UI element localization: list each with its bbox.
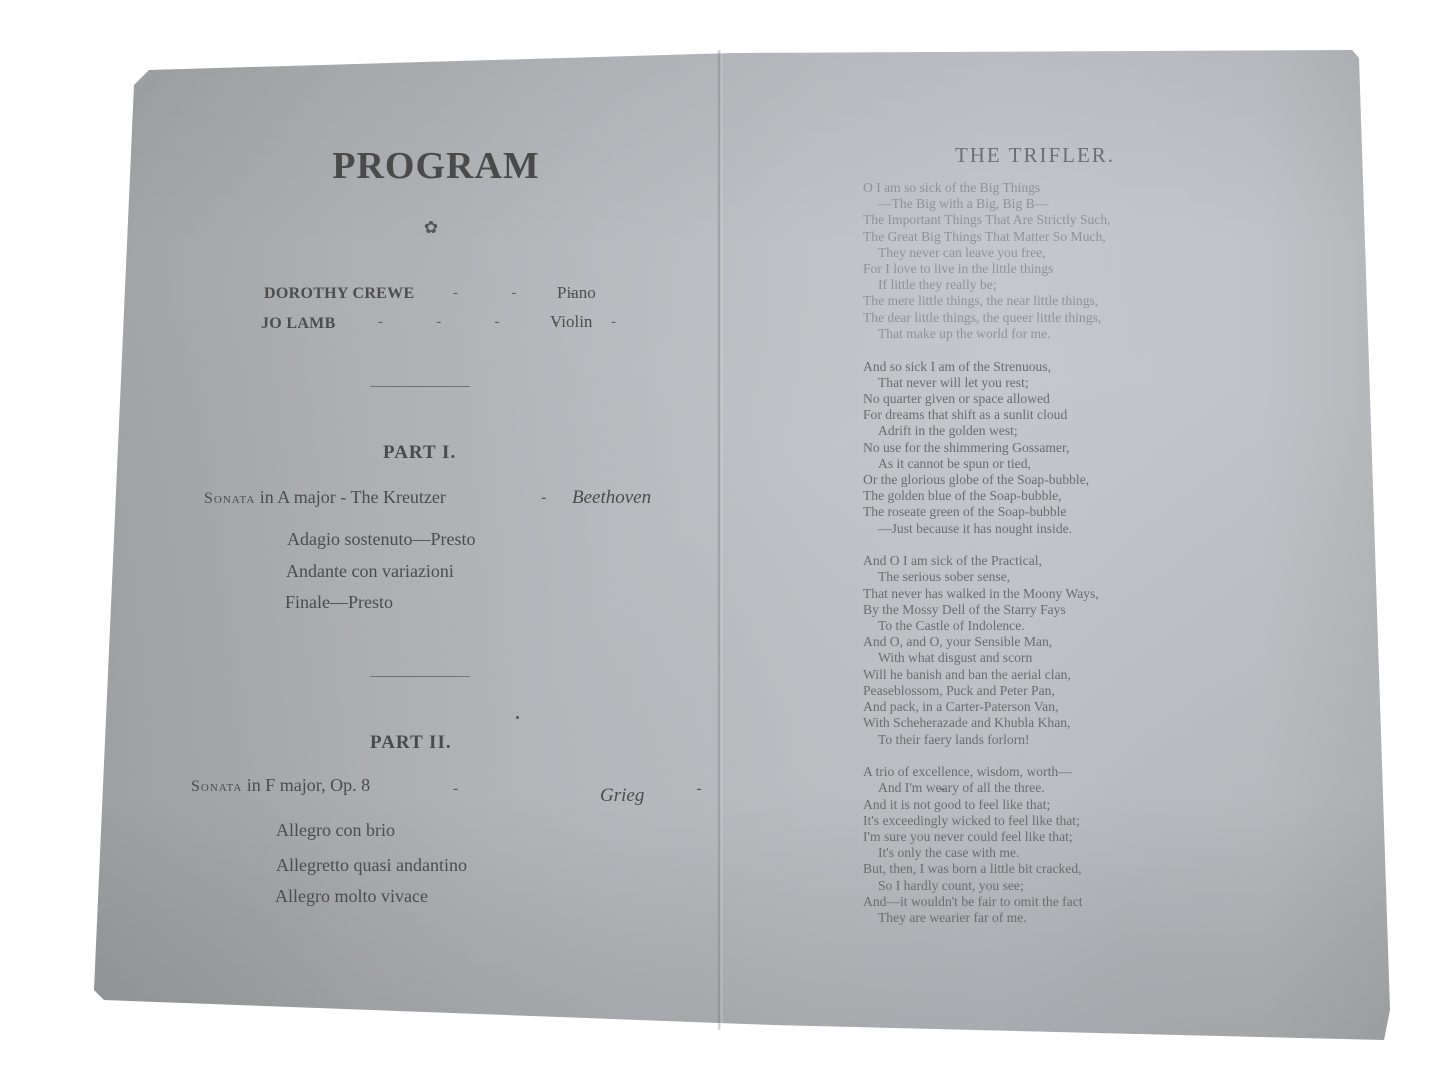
part-one-title: PART I.	[383, 442, 456, 464]
poem-line: And I'm weary of all the three.	[863, 780, 1203, 796]
poem-line: The Great Big Things That Matter So Much…	[863, 229, 1203, 245]
work-prefix: Sonata	[204, 490, 255, 507]
poem-line: But, then, I was born a little bit crack…	[863, 861, 1203, 877]
poem-line: By the Mossy Dell of the Starry Fays	[863, 602, 1203, 618]
poem-body: O I am so sick of the Big Things—The Big…	[863, 180, 1203, 943]
poem-line: The roseate green of the Soap-bubble	[863, 504, 1203, 520]
composer-leader: -	[541, 489, 546, 507]
poem-stanza: And so sick I am of the Strenuous,That n…	[863, 359, 1203, 537]
poem-stanza: A trio of excellence, wisdom, worth—And …	[863, 764, 1203, 926]
movement-item: Adagio sostenuto—Presto	[287, 529, 476, 550]
performer-instrument: Piano	[557, 283, 596, 303]
poem-line: So I hardly count, you see;	[863, 878, 1203, 894]
poem-line: That never will let you rest;	[863, 375, 1203, 391]
center-fold	[717, 50, 723, 1030]
poem-line: Or the glorious globe of the Soap-bubble…	[863, 472, 1203, 488]
movement-item: Andante con variazioni	[286, 561, 454, 582]
performer-instrument: Violin	[550, 312, 592, 332]
poem-line: The serious sober sense,	[863, 569, 1203, 585]
performer-name: JO LAMB	[261, 315, 336, 333]
poem-line: It's exceedingly wicked to feel like tha…	[863, 813, 1203, 829]
poem-line: A trio of excellence, wisdom, worth—	[863, 764, 1203, 780]
work-title: in A major - The Kreutzer	[255, 487, 446, 507]
poem-line: They never can leave you free,	[863, 245, 1203, 261]
part-two-work: Sonata in F major, Op. 8	[191, 775, 370, 796]
poem-line: As it cannot be spun or tied,	[863, 456, 1203, 472]
movement-item: Finale—Presto	[285, 592, 393, 613]
flower-ornament-icon: ✿	[422, 219, 440, 237]
part-one-work: Sonata in A major - The Kreutzer	[204, 487, 446, 508]
work-prefix: Sonata	[191, 778, 242, 795]
poem-line: And so sick I am of the Strenuous,	[863, 359, 1203, 375]
movement-item: Allegretto quasi andantino	[276, 855, 467, 876]
poem-title: THE TRIFLER.	[905, 143, 1165, 168]
part-two-title: PART II.	[370, 732, 452, 754]
poem-line: I'm sure you never could feel like that;	[863, 829, 1203, 845]
movement-item: Allegro molto vivace	[275, 886, 428, 907]
section-divider	[370, 386, 470, 387]
poem-line: That never has walked in the Moony Ways,	[863, 586, 1203, 602]
poem-line: For dreams that shift as a sunlit cloud	[863, 407, 1203, 423]
poem-line: To the Castle of Indolence.	[863, 618, 1203, 634]
concert-program-sheet: PROGRAM ✿ DOROTHY CREWE - - - Piano JO L…	[0, 0, 1440, 1080]
program-title: PROGRAM	[330, 144, 542, 188]
movement-item: Allegro con brio	[276, 820, 395, 841]
poem-line: The Important Things That Are Strictly S…	[863, 212, 1203, 228]
poem-stanza: And O I am sick of the Practical,The ser…	[863, 553, 1203, 747]
poem-line: —Just because it has nought inside.	[863, 521, 1203, 537]
poem-line: That make up the world for me.	[863, 326, 1203, 342]
poem-line: Adrift in the golden west;	[863, 423, 1203, 439]
poem-line: —The Big with a Big, Big B—	[863, 196, 1203, 212]
poem-line: With what disgust and scorn	[863, 650, 1203, 666]
poem-line: They are wearier far of me.	[863, 910, 1203, 926]
poem-line: The golden blue of the Soap-bubble,	[863, 488, 1203, 504]
poem-line: With Scheherazade and Khubla Khan,	[863, 715, 1203, 731]
poem-line: To their faery lands forlorn!	[863, 732, 1203, 748]
poem-line: Peaseblossom, Puck and Peter Pan,	[863, 683, 1203, 699]
poem-line: No use for the shimmering Gossamer,	[863, 440, 1203, 456]
poem-line: No quarter given or space allowed	[863, 391, 1203, 407]
performer-name: DOROTHY CREWE	[264, 285, 414, 303]
poem-line: And pack, in a Carter-Paterson Van,	[863, 699, 1203, 715]
poem-line: It's only the case with me.	[863, 845, 1203, 861]
part-one-composer: Beethoven	[572, 487, 651, 509]
work-title: in F major, Op. 8	[242, 775, 370, 795]
poem-line: And O, and O, your Sensible Man,	[863, 634, 1203, 650]
part-two-composer: Grieg	[600, 785, 644, 807]
section-divider	[370, 676, 470, 677]
poem-line: O I am so sick of the Big Things	[863, 180, 1203, 196]
poem-line: If little they really be;	[863, 277, 1203, 293]
poem-line: And O I am sick of the Practical,	[863, 553, 1203, 569]
poem-line: The mere little things, the near little …	[863, 293, 1203, 309]
ink-speck	[516, 716, 519, 719]
poem-line: And it is not good to feel like that;	[863, 797, 1203, 813]
poem-line: For I love to live in the little things	[863, 261, 1203, 277]
poem-stanza: O I am so sick of the Big Things—The Big…	[863, 180, 1203, 342]
poem-line: Will he banish and ban the aerial clan,	[863, 667, 1203, 683]
poem-line: And—it wouldn't be fair to omit the fact	[863, 894, 1203, 910]
poem-line: The dear little things, the queer little…	[863, 310, 1203, 326]
